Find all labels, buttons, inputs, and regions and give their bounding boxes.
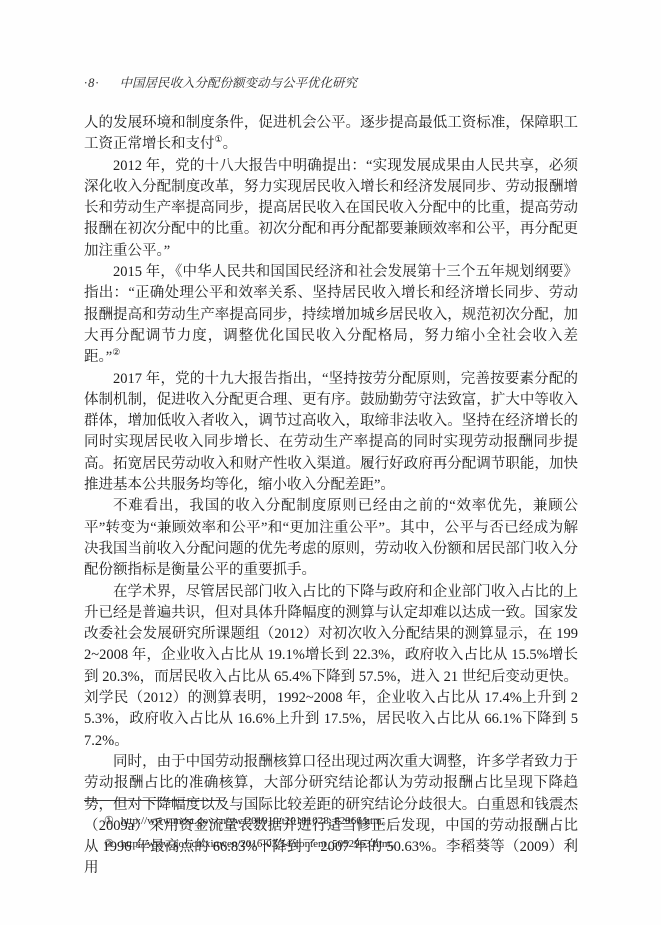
footnote-area: ①http://www.most.gov.cn/yw/201010/t20101… [84, 800, 578, 856]
paragraph: 人的发展环境和制度条件，促进机会公平。逐步提高最低工资标准，保障职工工资正常增长… [84, 113, 578, 156]
paragraph: 2015 年，《中华人民共和国国民经济和社会发展第十三个五年规划纲要》指出：“正… [84, 262, 578, 368]
footnote: ②http://www.gov.cn/xinwen/2016-03/14/con… [84, 833, 578, 856]
paragraph: 不难看出，我国的收入分配制度原则已经由之前的“效率优先，兼顾公平”转变为“兼顾效… [84, 496, 578, 581]
paragraph: 2012 年，党的十八大报告中明确提出：“实现发展成果由人民共享，必须深化收入分… [84, 156, 578, 262]
footnote: ①http://www.most.gov.cn/yw/201010/t20101… [84, 810, 578, 833]
running-title: 中国居民收入分配份额变动与公平优化研究 [120, 76, 358, 90]
paragraph: 在学术界，尽管居民部门收入占比的下降与政府和企业部门收入占比的上升已经是普遍共识… [84, 582, 578, 752]
footnote-marker: ② [104, 838, 114, 850]
footnote-marker: ① [104, 815, 114, 827]
document-page: ·8·中国居民收入分配份额变动与公平优化研究 人的发展环境和制度条件，促进机会公… [0, 0, 661, 925]
page-number: ·8· [84, 76, 100, 90]
footnote-ref-marker: ② [112, 347, 120, 357]
footnote-url-text: http://www.gov.cn/xinwen/2016-03/14/cont… [121, 838, 402, 850]
paragraph: 2017 年，党的十九大报告指出，“坚持按劳分配原则，完善按要素分配的体制机制，… [84, 369, 578, 497]
footnote-ref-marker: ① [215, 134, 223, 144]
footnote-separator [84, 800, 224, 801]
running-header: ·8·中国居民收入分配份额变动与公平优化研究 [84, 73, 578, 91]
footnote-list: ①http://www.most.gov.cn/yw/201010/t20101… [84, 810, 578, 856]
footnote-url-text: http://www.most.gov.cn/yw/201010/t201010… [121, 815, 393, 827]
body-text: 人的发展环境和制度条件，促进机会公平。逐步提高最低工资标准，保障职工工资正常增长… [84, 113, 578, 880]
